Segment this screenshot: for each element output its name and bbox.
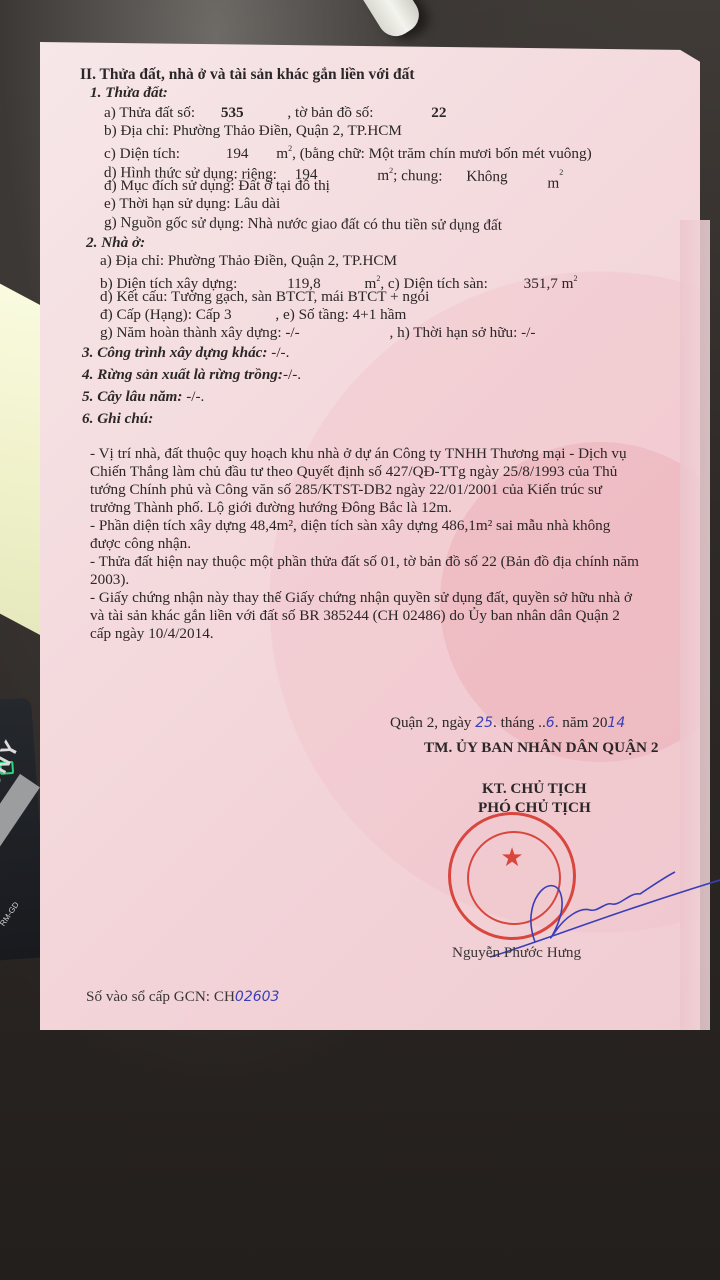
signer-name: Nguyễn Phước Hưng [452,944,581,962]
unit: m [562,275,574,292]
note-line: cấp ngày 10/4/2014. [90,625,214,643]
forest-label: 4. Rừng sản xuất là rừng trồng: [82,366,283,383]
map-sheet-label: , tờ bản đồ số: [287,104,373,121]
month-handwritten: 6 [546,715,555,731]
unit: m [377,167,389,184]
parcel-row: a) Thửa đất số: 535 , tờ bản đồ số: 22 [104,104,446,122]
land-address: b) Địa chỉ: Phường Thảo Điền, Quận 2, TP… [104,122,402,140]
note-line: - Thửa đất hiện nay thuộc một phần thửa … [90,553,639,571]
floor-area: 351,7 [524,275,558,292]
parcel-number: 535 [221,104,244,121]
parcel-label: a) Thửa đất số: [104,104,195,121]
note-line: - Phần diện tích xây dựng 48,4m², diện t… [90,517,610,535]
map-sheet-number: 22 [431,104,446,121]
usage-origin: g) Nguồn gốc sử dụng: Nhà nước giao đất … [104,214,502,235]
land-heading: 1. Thửa đất: [90,84,168,102]
note-line: trưởng Thành phố. Lộ giới đường hướng Đô… [90,499,452,517]
perennial: 5. Cây lâu năm: -/-. [82,388,204,406]
year-built: g) Năm hoàn thành xây dựng: -/- [100,324,300,341]
house-heading: 2. Nhà ở: [86,234,145,252]
certificate-content: II. Thửa đất, nhà ở và tài sản khác gắn … [40,42,700,1030]
remote-model: RM-GD [0,900,21,928]
house-grade-row: đ) Cấp (Hạng): Cấp 3 , e) Số tầng: 4+1 h… [100,306,406,324]
area-unit: m [276,145,288,162]
unit: m [547,175,559,192]
note-line: được công nhận. [90,535,191,553]
remote-label: TV [0,774,40,887]
year-label: năm 20 [562,714,607,731]
grade: đ) Cấp (Hạng): Cấp 3 [100,306,232,323]
forest-value: -/-. [283,366,301,383]
registry-handwritten: 02603 [235,989,280,1005]
area-words: , (bằng chữ: Một trăm chín mươi bốn mét … [292,145,592,162]
house-year-row: g) Năm hoàn thành xây dựng: -/- , h) Thờ… [100,324,535,342]
note-line: - Giấy chứng nhận này thay thế Giấy chứn… [90,589,632,607]
usage-term: e) Thời hạn sử dụng: Lâu dài [104,195,280,213]
date-prefix: Quận 2, ngày [390,714,471,731]
note-line: - Vị trí nhà, đất thuộc quy hoạch khu nh… [90,445,627,463]
registry-label: Số vào sổ cấp GCN: CH [86,988,235,1005]
registry-number: Số vào sổ cấp GCN: CH02603 [86,988,279,1006]
house-structure: d) Kết cấu: Tường gạch, sàn BTCT, mái BT… [100,288,429,306]
day-handwritten: 25 [475,715,493,731]
usage-shared: Không [466,168,508,185]
house-address: a) Địa chỉ: Phường Thảo Điền, Quận 2, TP… [100,252,397,270]
year-handwritten: 14 [607,715,625,731]
floors: , e) Số tầng: 4+1 hầm [275,306,406,323]
perennial-label: 5. Cây lâu năm: [82,388,182,405]
signer-role-1: KT. CHỦ TỊCH [482,780,587,798]
section-title: II. Thửa đất, nhà ở và tài sản khác gắn … [80,66,415,84]
note-line: tướng Chính phủ và Công văn số 285/KTST-… [90,481,602,499]
notes-heading: 6. Ghi chú: [82,410,153,428]
shared-label: ; chung: [393,167,443,185]
perennial-value: -/-. [182,388,204,405]
other-works: 3. Công trình xây dựng khác: -/-. [82,344,289,362]
note-line: và tài sản khác gắn liền với đất số BR 3… [90,607,620,625]
other-works-value: -/-. [267,344,289,361]
ownership-term: , h) Thời hạn sở hữu: -/- [390,324,536,341]
note-line: Chiến Thắng làm chủ đầu tư theo Quyết đị… [90,463,617,481]
cream-folder [0,273,44,637]
issuing-org: TM. ỦY BAN NHÂN DÂN QUẬN 2 [424,739,658,757]
usage-purpose: đ) Mục đích sử dụng: Đất ở tại đô thị [104,177,330,195]
month-label: tháng [501,714,535,731]
other-works-label: 3. Công trình xây dựng khác: [82,344,267,361]
forest: 4. Rừng sản xuất là rừng trồng:-/-. [82,366,301,384]
note-line: 2003). [90,571,129,589]
place-date: Quận 2, ngày 25. tháng ..6. năm 2014 [390,714,625,732]
